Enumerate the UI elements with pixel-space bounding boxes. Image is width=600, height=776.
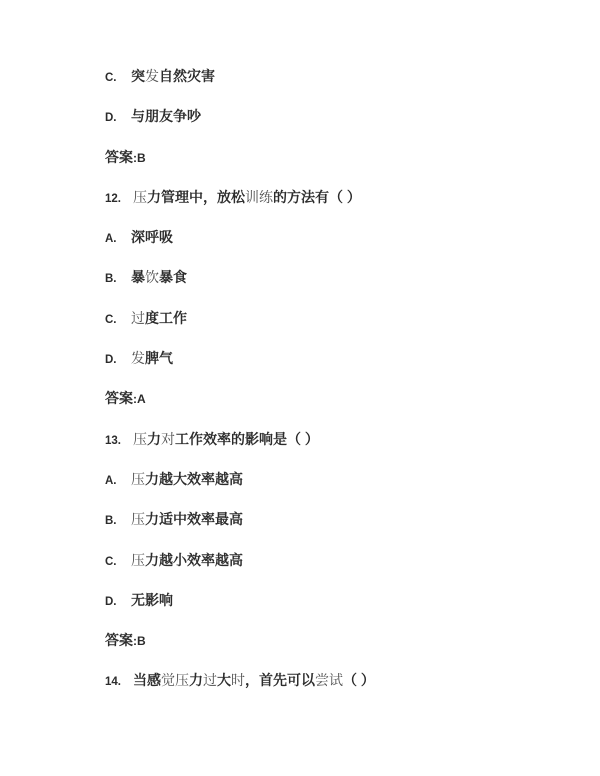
option-line: B.压力适中效率最高 xyxy=(105,512,560,526)
line-text: 无影响 xyxy=(131,592,173,608)
text-segment: 力适中效率最高 xyxy=(145,511,243,527)
line-text: 当感觉压力过大时，首先可以尝试（ ） xyxy=(133,672,375,688)
option-letter: D. xyxy=(105,595,131,609)
option-letter: B. xyxy=(105,272,131,286)
option-line: D.发脾气 xyxy=(105,351,560,365)
line-text: 暴饮暴食 xyxy=(131,269,187,285)
text-segment: 力 xyxy=(147,431,161,447)
text-segment: 力越小效率越高 xyxy=(145,552,243,568)
line-text: 答案:B xyxy=(105,149,146,165)
text-segment: （ ） xyxy=(343,672,375,688)
line-text: 压力越大效率越高 xyxy=(131,471,243,487)
text-segment: 答案 xyxy=(105,390,133,406)
text-segment: 度工作 xyxy=(145,310,187,326)
text-segment: :B xyxy=(133,634,146,648)
line-text: 压力适中效率最高 xyxy=(131,511,243,527)
text-segment: 压 xyxy=(131,471,145,487)
text-segment: 当感 xyxy=(133,672,161,688)
question-line: 14.当感觉压力过大时，首先可以尝试（ ） xyxy=(105,673,560,687)
question-line: 13.压力对工作效率的影响是（ ） xyxy=(105,432,560,446)
text-segment: 答案 xyxy=(105,149,133,165)
answer-line: 答案:B xyxy=(105,150,560,164)
option-letter: B. xyxy=(105,514,131,528)
text-segment: 脾气 xyxy=(145,350,173,366)
line-text: 压力越小效率越高 xyxy=(131,552,243,568)
option-line: B.暴饮暴食 xyxy=(105,270,560,284)
text-segment: 过 xyxy=(131,310,145,326)
option-line: A.压力越大效率越高 xyxy=(105,472,560,486)
text-segment: 发 xyxy=(145,68,159,84)
question-number: 12. xyxy=(105,192,133,206)
option-line: C.过度工作 xyxy=(105,311,560,325)
text-segment: 的方法有（ ） xyxy=(273,189,361,205)
question-line: 12.压力管理中，放松训练的方法有（ ） xyxy=(105,190,560,204)
text-segment: 训练 xyxy=(245,189,273,205)
text-segment: :B xyxy=(133,151,146,165)
option-line: C.压力越小效率越高 xyxy=(105,553,560,567)
text-segment: 自然灾害 xyxy=(159,68,215,84)
text-segment: 压 xyxy=(131,552,145,568)
text-segment: 暴食 xyxy=(159,269,187,285)
option-letter: D. xyxy=(105,353,131,367)
option-line: A.深呼吸 xyxy=(105,230,560,244)
quiz-content: C.突发自然灾害 D.与朋友争吵 答案:B 12.压力管理中，放松训练的方法有（… xyxy=(0,0,600,687)
text-segment: 力越大效率越高 xyxy=(145,471,243,487)
text-segment: 答案 xyxy=(105,632,133,648)
question-number: 14. xyxy=(105,675,133,689)
text-segment: 突 xyxy=(131,68,145,84)
answer-line: 答案:A xyxy=(105,391,560,405)
text-segment: 工作效率的影响是（ ） xyxy=(175,431,319,447)
text-segment: 暴 xyxy=(131,269,145,285)
line-text: 与朋友争吵 xyxy=(131,108,201,124)
text-segment: 饮 xyxy=(145,269,159,285)
option-letter: A. xyxy=(105,232,131,246)
text-segment: 压 xyxy=(133,431,147,447)
text-segment: 觉 xyxy=(161,672,175,688)
line-text: 突发自然灾害 xyxy=(131,68,215,84)
line-text: 发脾气 xyxy=(131,350,173,366)
text-segment: 无影响 xyxy=(131,592,173,608)
option-letter: A. xyxy=(105,474,131,488)
line-text: 答案:A xyxy=(105,390,146,406)
line-text: 深呼吸 xyxy=(131,229,173,245)
text-segment: 大 xyxy=(217,672,231,688)
document-page: C.突发自然灾害 D.与朋友争吵 答案:B 12.压力管理中，放松训练的方法有（… xyxy=(0,0,600,776)
option-letter: C. xyxy=(105,555,131,569)
option-line: D.与朋友争吵 xyxy=(105,109,560,123)
option-letter: D. xyxy=(105,111,131,125)
text-segment: 压 xyxy=(133,189,147,205)
text-segment: 力管理中，放松 xyxy=(147,189,245,205)
text-segment: 压 xyxy=(175,672,189,688)
option-letter: C. xyxy=(105,313,131,327)
line-text: 答案:B xyxy=(105,632,146,648)
text-segment: 深呼吸 xyxy=(131,229,173,245)
option-line: C.突发自然灾害 xyxy=(105,69,560,83)
option-letter: C. xyxy=(105,71,131,85)
answer-line: 答案:B xyxy=(105,633,560,647)
text-segment: 发 xyxy=(131,350,145,366)
question-number: 13. xyxy=(105,434,133,448)
text-segment: 尝试 xyxy=(315,672,343,688)
text-segment: :A xyxy=(133,392,146,406)
text-segment: 压 xyxy=(131,511,145,527)
text-segment: 过 xyxy=(203,672,217,688)
text-segment: 与朋友争吵 xyxy=(131,108,201,124)
text-segment: ，首先可以 xyxy=(245,672,315,688)
line-text: 过度工作 xyxy=(131,310,187,326)
text-segment: 时 xyxy=(231,672,245,688)
line-text: 压力对工作效率的影响是（ ） xyxy=(133,431,319,447)
line-text: 压力管理中，放松训练的方法有（ ） xyxy=(133,189,361,205)
text-segment: 力 xyxy=(189,672,203,688)
text-segment: 对 xyxy=(161,431,175,447)
option-line: D.无影响 xyxy=(105,593,560,607)
